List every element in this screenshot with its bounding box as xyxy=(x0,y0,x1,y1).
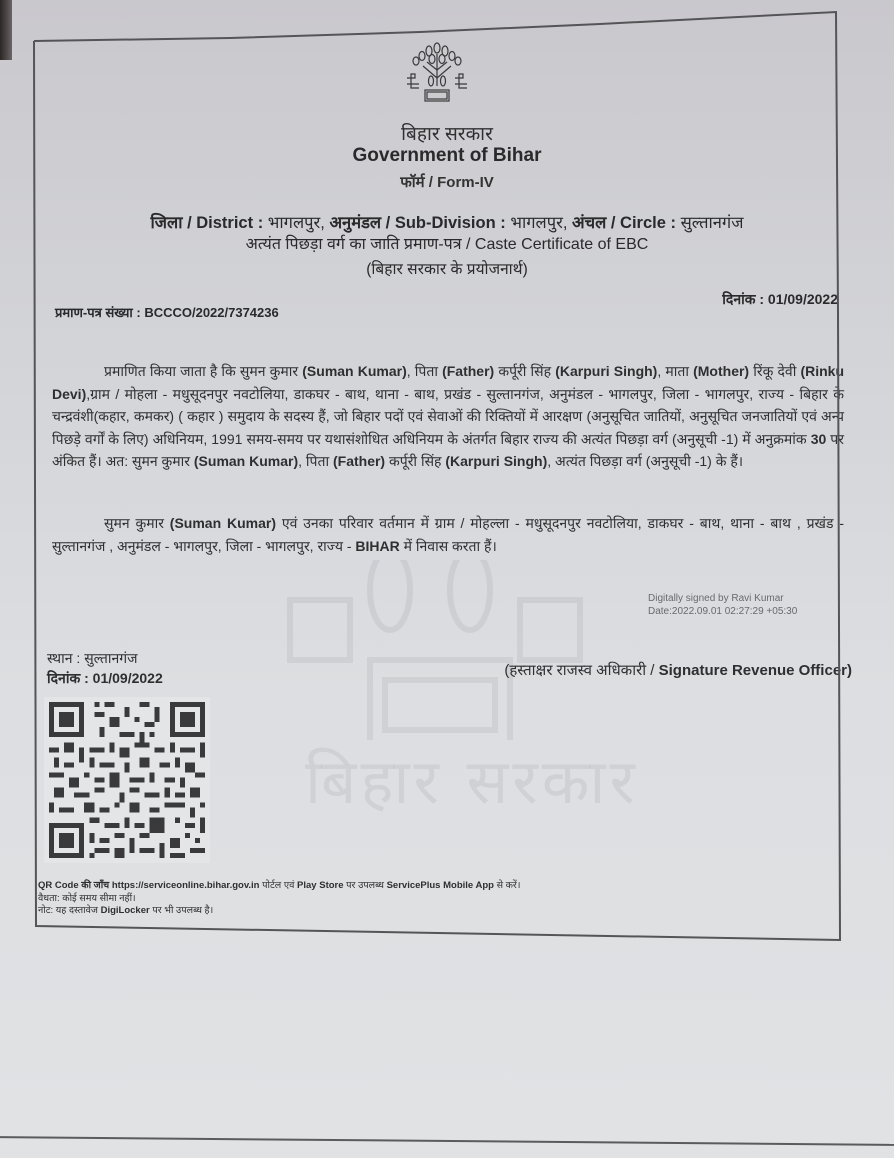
certificate-border xyxy=(0,0,894,1158)
